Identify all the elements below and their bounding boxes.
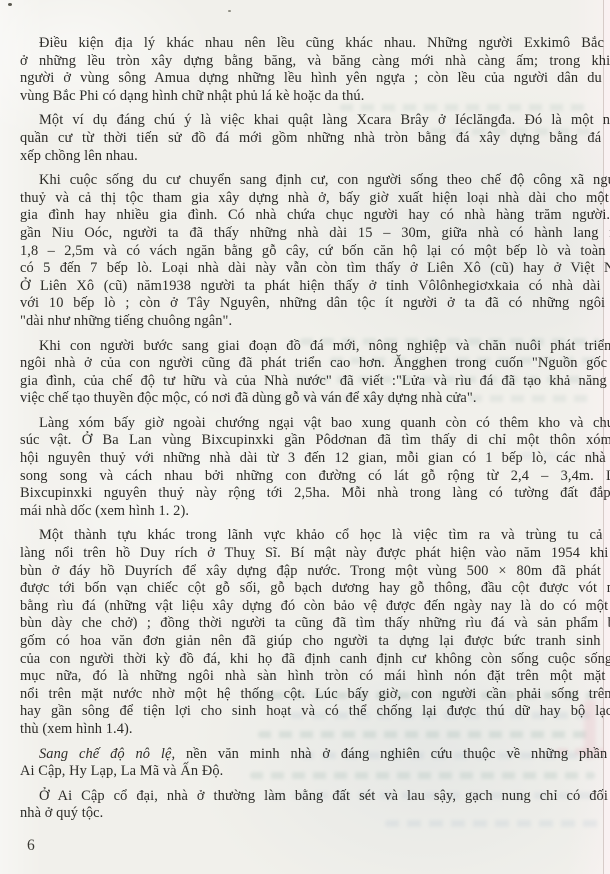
text-line: ở những lều tròn xây dựng bằng băng, và … (20, 53, 610, 71)
text-line: hay gần sông để tiện lợi cho sinh hoạt v… (20, 703, 610, 721)
text-line: Khi con người bước sang giai đoạn đồ đá … (20, 338, 610, 356)
scan-speck (8, 3, 12, 6)
text-line: thuỷ và cả thị tộc tham gia xây dựng nhà… (20, 190, 610, 208)
text-line: hội nguyên thuỷ với những nhà dài từ 3 đ… (20, 450, 610, 468)
text-line: Ở Ai Cập cổ đại, nhà ở thường làm bằng đ… (20, 788, 610, 806)
text-line: Ở Liên Xô (cũ) năm1938 người ta phát hiệ… (20, 278, 610, 296)
text-line: của con người thời kỳ đồ đá, khi họ đã đ… (20, 651, 610, 669)
text-line: gia đình hay nhiều gia đình. Có nhà chứa… (20, 207, 610, 225)
text-line: mái nhà dốc (xem hình 1. 2). (20, 503, 610, 521)
page-number: 6 (27, 837, 35, 855)
text-line: Khi cuộc sống du cư chuyển sang định cư,… (20, 172, 610, 190)
text-line: Ai Cập, Hy Lạp, La Mã và Ấn Độ. (20, 763, 610, 781)
text-line: "dài như những tiếng chuông ngân". (20, 313, 610, 331)
text-run: nền văn minh nhà ở đáng nghiên cứu thuộc… (175, 746, 610, 762)
paragraph: Một ví dụ đáng chú ý là việc khai quật l… (20, 112, 610, 165)
text-line: Một thành tựu khác trong lãnh vực khảo c… (20, 527, 610, 545)
text-line: nổi trên mặt nước nhờ một hệ thống cột. … (20, 686, 610, 704)
document-page: { "page": { "number": "6", "paragraphs":… (0, 0, 610, 874)
text-line: Điều kiện địa lý khác nhau nên lều cũng … (20, 35, 610, 53)
text-line: người ở vùng sông Amua dựng những lều hì… (20, 70, 610, 88)
text-line: thù (xem hình 1.4). (20, 721, 610, 739)
text-line: bằng rìu đá (những vật liệu xây dựng đó … (20, 598, 610, 616)
text-line: xếp chồng lên nhau. (20, 148, 610, 166)
text-line: Sang chế độ nô lệ, nền văn minh nhà ở đá… (20, 746, 610, 764)
text-line: bùn ở đáy hồ Duyrích để xây dựng đập nướ… (20, 563, 610, 581)
text-line: làng nổi trên hồ Duy rích ở Thuỵ Sĩ. Bí … (20, 545, 610, 563)
text-line: quần cư từ thời tiến sử đồ đá mới gồm nh… (20, 130, 610, 148)
text-line: với 10 bếp lò ; còn ở Tây Nguyên, những … (20, 295, 610, 313)
scan-speck (228, 10, 231, 12)
text-line: việc chế tạo thuyền độc mộc, có nơi đã d… (20, 390, 610, 408)
paragraph: Khi con người bước sang giai đoạn đồ đá … (20, 338, 610, 408)
text-block: Điều kiện địa lý khác nhau nên lều cũng … (20, 35, 610, 823)
text-line: gần Niu Oóc, người ta đã thấy những nhà … (20, 225, 610, 243)
text-line: có 5 đến 7 bếp lò. Loại nhà dài này vẫn … (20, 260, 610, 278)
text-line: bùn dày che chở) ; đồng thời người ta cũ… (20, 615, 610, 633)
text-line: gốm có hoa văn đơn giản nên đã giúp cho … (20, 633, 610, 651)
text-line: súc vật. Ở Ba Lan vùng Bixcupinxki gần P… (20, 432, 610, 450)
text-line: ngôi nhà ở của con người cũng đã phát tr… (20, 355, 610, 373)
text-line: 1,8 – 2,5m và có vách ngăn bằng gỗ cây, … (20, 243, 610, 261)
text-line: được tới bốn vạn chiếc cột gỗ sối, gỗ bạ… (20, 580, 610, 598)
paragraph: Ở Ai Cập cổ đại, nhà ở thường làm bằng đ… (20, 788, 610, 823)
paragraph: Một thành tựu khác trong lãnh vực khảo c… (20, 527, 610, 738)
text-line: Bixcupinxki nguyên thuỷ này rộng tới 2,5… (20, 485, 610, 503)
paragraph: Làng xóm bấy giờ ngoài chướng ngại vật b… (20, 415, 610, 521)
text-line: Một ví dụ đáng chú ý là việc khai quật l… (20, 112, 610, 130)
paragraph: Điều kiện địa lý khác nhau nên lều cũng … (20, 35, 610, 105)
text-line: gia đình, của chế độ tư hữu và của Nhà n… (20, 373, 610, 391)
text-line: vùng Bắc Phi có dạng hình chữ nhật phủ l… (20, 88, 610, 106)
text-line: mục nữa, đó là những ngôi nhà sàn hình t… (20, 668, 610, 686)
paragraph: Sang chế độ nô lệ, nền văn minh nhà ở đá… (20, 746, 610, 781)
text-line: song song và cách nhau bởi những con đườ… (20, 468, 610, 486)
italic-phrase: Sang chế độ nô lệ, (39, 746, 175, 762)
text-line: nhà ở quý tộc. (20, 805, 610, 823)
text-line: Làng xóm bấy giờ ngoài chướng ngại vật b… (20, 415, 610, 433)
paragraph: Khi cuộc sống du cư chuyển sang định cư,… (20, 172, 610, 330)
